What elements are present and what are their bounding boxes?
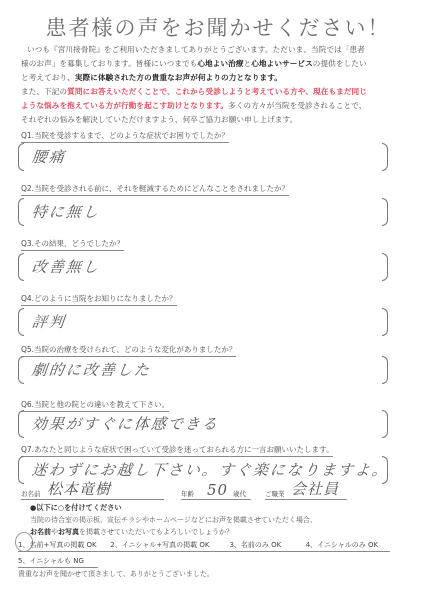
intro-line-2: 様のお声」を募集しております。皆様にいつまでも心地よい治療と心地よいサービスの提… xyxy=(21,57,421,71)
bracket-right xyxy=(382,456,388,484)
intro-text-span: 多くの方々が当院を受診されることで、 xyxy=(228,101,366,110)
intro-bold-span: 心地よい治療 xyxy=(197,59,243,68)
bracket-left xyxy=(18,198,24,226)
age-suffix: 歳代 xyxy=(233,489,246,498)
thanks-message: 貴重なお声を聞かせて頂きまして、ありがとうございました。 xyxy=(18,569,214,579)
job-value: 会社員 xyxy=(291,478,339,499)
answer-5: 劇的に改善した xyxy=(31,359,152,380)
consent-text-1: 当院の待合室の掲示板、宣伝チラシやホームページなどにお声を掲載させていただく場合… xyxy=(30,515,317,525)
intro-text-span: の提供をしたい xyxy=(313,59,367,68)
answer-box-1: 腰痛 xyxy=(18,143,388,171)
consent-bold-span: お名前 xyxy=(30,528,51,536)
testimonial-form: 患者様の声をお聞かせください！ いつも『宮川接骨院』をご利用いただきましてありが… xyxy=(0,0,436,600)
intro-text-span: また、下記の xyxy=(21,87,67,96)
intro-red-span: 質問にお答えいただくことで、これから受診しようと考えている方や、現在もまだ同じ xyxy=(67,87,367,96)
bracket-right xyxy=(382,410,388,438)
answer-7: 迷わずにお越し下さい。すぐ楽になりますよ。 xyxy=(31,459,390,480)
option-5[interactable]: 5、イニシャルも NG xyxy=(18,556,98,568)
question-1: Q1.当院を受診するまで、どのような症状でお困りでしたか？ xyxy=(21,130,229,143)
intro-line-3: と考えており、実際に体験された方の貴重なお声が何よりの力となります。 xyxy=(21,71,421,85)
bracket-left xyxy=(18,253,24,281)
intro-line-5: ような悩みを抱えている方が行動を起こす助けとなります。多くの方々が当院を受診され… xyxy=(21,99,421,113)
option-1[interactable]: 1、名前+写真の掲載 OK xyxy=(18,540,108,550)
answer-4: 評判 xyxy=(31,311,67,332)
bracket-left xyxy=(18,308,24,336)
intro-line-1: いつも『宮川接骨院』をご利用いただきましてありがとうございます。ただいま、当院で… xyxy=(21,43,421,57)
intro-text-span: 様のお声」を募集しております。皆様にいつまでも xyxy=(21,59,197,68)
question-2: Q2.当院を受診される前に、それを軽減するためにどんなことをされましたか？ xyxy=(21,183,289,196)
answer-3: 改善無し xyxy=(31,256,101,277)
option-2[interactable]: 2、イニシャル+写真の掲載 OK xyxy=(110,540,227,550)
answer-1: 腰痛 xyxy=(31,146,67,167)
consent-bold-span: お写真 xyxy=(58,528,79,536)
option-4[interactable]: 4、イニシャルのみ OK xyxy=(306,540,378,550)
consent-text-span: を掲載させていただいてもよろしいでしょうか？ xyxy=(79,528,233,536)
bracket-right xyxy=(382,143,388,171)
name-label: お名前 xyxy=(21,489,41,498)
bracket-right xyxy=(382,198,388,226)
age-underline xyxy=(181,499,251,500)
job-underline xyxy=(265,499,347,500)
form-title: 患者様の声をお聞かせください！ xyxy=(0,12,436,42)
answer-box-5: 劇的に改善した xyxy=(18,356,388,384)
intro-line-6: それぞれの悩みを解決していただけますよう、何卒ご協力お願い申し上げます。 xyxy=(21,113,421,127)
consent-text-2: お名前やお写真を掲載させていただいてもよろしいでしょうか？ xyxy=(30,527,233,537)
bracket-right xyxy=(382,308,388,336)
consent-text-span: や xyxy=(51,528,58,536)
intro-text: いつも『宮川接骨院』をご利用いただきましてありがとうございます。ただいま、当院で… xyxy=(21,43,421,127)
answer-box-4: 評判 xyxy=(18,308,388,336)
intro-bold-span: 実際に体験された方の貴重なお声が何よりの力となります。 xyxy=(75,73,282,82)
bracket-left xyxy=(18,456,24,484)
answer-2: 特に無し xyxy=(31,201,101,222)
name-value: 松本竜樹 xyxy=(47,478,111,499)
bracket-left xyxy=(18,143,24,171)
name-underline xyxy=(21,499,164,500)
answer-6: 効果がすぐに体感できる xyxy=(31,413,220,434)
option-3[interactable]: 3、名前のみ OK xyxy=(229,540,303,550)
personal-info-row: お名前 松本竜樹 年齢 50 歳代 ご職業 会社員 xyxy=(21,482,351,500)
intro-red-span: ような悩みを抱えている方が行動を起こす助けとなります。 xyxy=(21,101,228,110)
bracket-right xyxy=(382,356,388,384)
bracket-right xyxy=(382,253,388,281)
answer-box-6: 効果がすぐに体感できる xyxy=(18,410,388,438)
intro-bold-span: 心地よいサービス xyxy=(251,59,313,68)
consent-heading: ●以下に○を付けてください xyxy=(30,503,122,513)
answer-box-2: 特に無し xyxy=(18,198,388,226)
bracket-left xyxy=(18,356,24,384)
answer-box-3: 改善無し xyxy=(18,253,388,281)
consent-options: 1、名前+写真の掲載 OK 2、イニシャル+写真の掲載 OK 3、名前のみ OK… xyxy=(18,540,390,552)
question-4: Q4.どのように当院をお知りになりましたか？ xyxy=(21,293,177,306)
age-value: 50 xyxy=(207,481,228,499)
intro-text-span: と考えており、 xyxy=(21,73,75,82)
intro-line-4: また、下記の質問にお答えいただくことで、これから受診しようと考えている方や、現在… xyxy=(21,85,421,99)
age-label: 年齢 xyxy=(181,489,194,498)
bracket-left xyxy=(18,410,24,438)
question-3: Q3.その結果、どうでしたか？ xyxy=(21,238,124,251)
job-label: ご職業 xyxy=(265,489,285,498)
